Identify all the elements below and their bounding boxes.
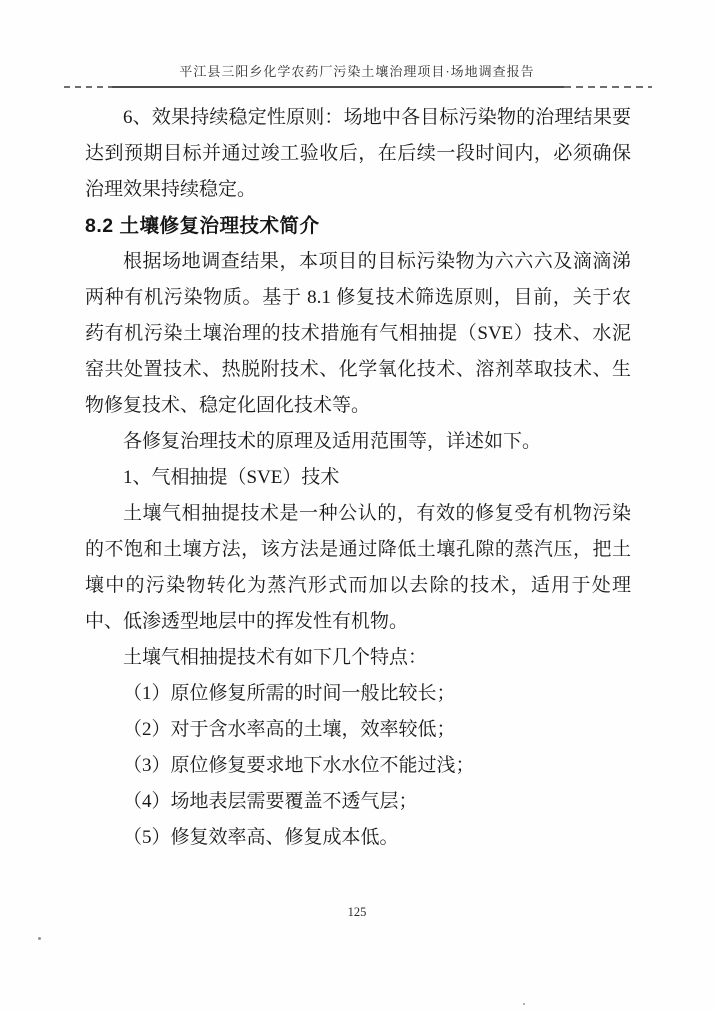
header-rule-dashed-left-segment (64, 86, 112, 88)
document-body: 6、效果持续稳定性原则：场地中各目标污染物的治理结果要达到预期目标并通过竣工验收… (85, 100, 631, 856)
section-heading-8-2: 8.2 土壤修复治理技术简介 (85, 208, 631, 244)
subheading-sve-technology: 1、气相抽提（SVE）技术 (85, 460, 631, 496)
feature-item-4: （4）场地表层需要覆盖不透气层； (85, 784, 631, 820)
scan-speck-artifact (38, 937, 41, 940)
header-divider-rule (64, 86, 652, 88)
paragraph-principle-6: 6、效果持续稳定性原则：场地中各目标污染物的治理结果要达到预期目标并通过竣工验收… (85, 100, 631, 208)
paragraph-overview: 各修复治理技术的原理及适用范围等，详述如下。 (85, 424, 631, 460)
header-rule-dashed-right-segment (564, 86, 652, 88)
scanned-document-page: 平江县三阳乡化学农药厂污染土壤治理项目·场地调查报告 6、效果持续稳定性原则：场… (0, 0, 714, 1010)
header-rule-solid-segment (112, 86, 564, 88)
paragraph-target-pollutants: 根据场地调查结果，本项目的目标污染物为六六六及滴滴涕两种有机污染物质。基于 8.… (85, 244, 631, 424)
feature-item-5: （5）修复效率高、修复成本低。 (85, 820, 631, 856)
scan-speck-artifact (523, 1003, 525, 1005)
paragraph-features-intro: 土壤气相抽提技术有如下几个特点： (85, 640, 631, 676)
feature-item-3: （3）原位修复要求地下水水位不能过浅； (85, 748, 631, 784)
page-number: 125 (0, 905, 714, 920)
feature-item-2: （2）对于含水率高的土壤，效率较低； (85, 712, 631, 748)
feature-item-1: （1）原位修复所需的时间一般比较长； (85, 676, 631, 712)
paragraph-sve-description: 土壤气相抽提技术是一种公认的，有效的修复受有机物污染的不饱和土壤方法，该方法是通… (85, 496, 631, 640)
running-header-title: 平江县三阳乡化学农药厂污染土壤治理项目·场地调查报告 (0, 61, 714, 80)
